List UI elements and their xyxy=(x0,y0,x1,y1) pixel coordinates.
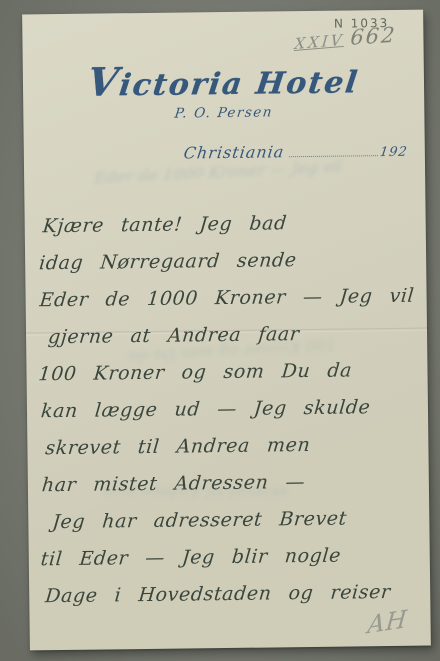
dateline-place: Christiania xyxy=(183,142,286,162)
photo-background: Eder de 1000 Kroner — Jeg vil 100 Kroner… xyxy=(0,0,440,661)
handwritten-line: skrevet til Andrea men xyxy=(44,426,430,468)
handwritten-line: Jeg har adresseret Brevet xyxy=(51,500,431,542)
dateline-dotted-rule xyxy=(288,154,378,157)
handwritten-line: 100 Kroner og som Du da xyxy=(37,352,429,394)
letter-paper: Eder de 1000 Kroner — Jeg vil 100 Kroner… xyxy=(22,10,431,651)
handwritten-line: idag Nørregaard sende xyxy=(37,241,427,283)
archive-number-pencil: 662 xyxy=(350,23,398,50)
handwritten-line: Eder de 1000 Kroner — Jeg vil xyxy=(38,278,428,320)
letter-body: Kjære tante! Jeg bad idag Nørregaard sen… xyxy=(25,204,431,616)
handwritten-line: til Eder — Jeg blir nogle xyxy=(39,537,431,579)
series-numeral-pencil: XXIV xyxy=(294,31,346,53)
dateline-year-prefix: 192 xyxy=(379,145,409,160)
handwritten-line: kan lægge ud — Jeg skulde xyxy=(39,389,429,431)
dateline: Christiania 192 xyxy=(184,141,408,163)
handwritten-line: gjerne at Andrea faar xyxy=(46,315,428,357)
handwritten-line: Kjære tante! Jeg bad xyxy=(41,204,427,246)
handwritten-line: har mistet Adressen — xyxy=(40,463,430,505)
letterhead-hotel-name: Victoria Hotel xyxy=(20,56,427,107)
collector-monogram: AH xyxy=(366,605,408,640)
letterhead: Victoria Hotel P. O. Persen xyxy=(23,56,425,124)
